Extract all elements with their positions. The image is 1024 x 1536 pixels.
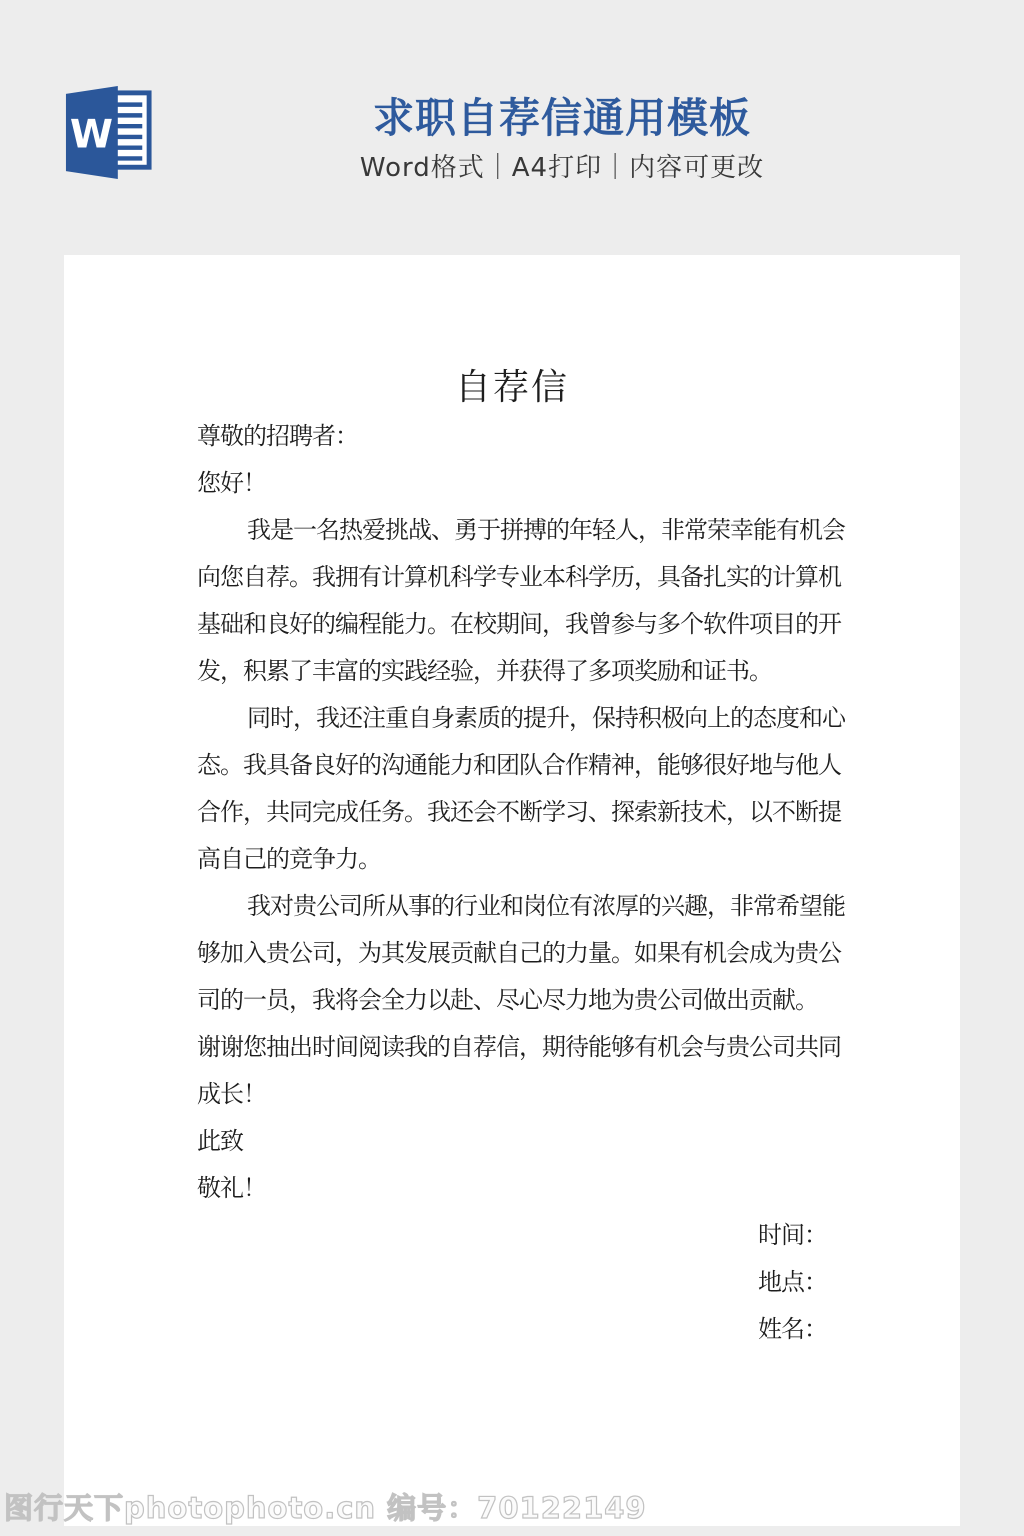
paragraph-1-line-2: 向您自荐。我拥有计算机科学专业本科学历，具备扎实的计算机 (197, 554, 827, 601)
paragraph-3-line-4: 谢谢您抽出时间阅读我的自荐信，期待能够有机会与贵公司共同 (197, 1024, 827, 1071)
paragraph-2-line-3: 合作，共同完成任务。我还会不断学习、探索新技术，以不断提 (197, 789, 827, 836)
signature-name-line: 姓名： (197, 1306, 827, 1353)
paragraph-3-line-5: 成长！ (197, 1071, 827, 1118)
template-title: 求职自荐信通用模板 (100, 93, 1024, 143)
preview-header: W 求职自荐信通用模板 Word格式｜A4打印｜内容可更改 (0, 0, 1024, 255)
document-page: 自荐信 尊敬的招聘者： 您好！ 我是一名热爱挑战、勇于拼搏的年轻人，非常荣幸能有… (64, 255, 960, 1526)
template-preview: W 求职自荐信通用模板 Word格式｜A4打印｜内容可更改 自荐信 尊敬的招聘者… (0, 0, 1024, 1536)
salutation-line: 尊敬的招聘者： (197, 413, 827, 460)
paragraph-1-line-3: 基础和良好的编程能力。在校期间，我曾参与多个软件项目的开 (197, 601, 827, 648)
paragraph-3-line-1: 我对贵公司所从事的行业和岗位有浓厚的兴趣，非常希望能 (197, 883, 827, 930)
header-text-block: 求职自荐信通用模板 Word格式｜A4打印｜内容可更改 (100, 0, 1024, 84)
paragraph-3-line-3: 司的一员，我将会全力以赴、尽心尽力地为贵公司做出贡献。 (197, 977, 827, 1024)
paragraph-2-line-4: 高自己的竞争力。 (197, 836, 827, 883)
paragraph-2-line-1: 同时，我还注重自身素质的提升，保持积极向上的态度和心 (197, 695, 827, 742)
greeting-line: 您好！ (197, 460, 827, 507)
paragraph-1-line-4: 发，积累了丰富的实践经验，并获得了多项奖励和证书。 (197, 648, 827, 695)
paragraph-3-line-2: 够加入贵公司，为其发展贡献自己的力量。如果有机会成为贵公 (197, 930, 827, 977)
paragraph-1-line-1: 我是一名热爱挑战、勇于拼搏的年轻人，非常荣幸能有机会 (197, 507, 827, 554)
signature-time-line: 时间： (197, 1212, 827, 1259)
letter-body: 尊敬的招聘者： 您好！ 我是一名热爱挑战、勇于拼搏的年轻人，非常荣幸能有机会 向… (197, 413, 827, 1353)
signature-place-line: 地点： (197, 1259, 827, 1306)
letter-title: 自荐信 (64, 361, 960, 415)
closing-salute-line: 敬礼！ (197, 1165, 827, 1212)
watermark-text: 图行天下photophoto.cn 编号：70122149 (4, 1489, 647, 1527)
template-subtitle: Word格式｜A4打印｜内容可更改 (100, 151, 1024, 185)
closing-respect-line: 此致 (197, 1118, 827, 1165)
paragraph-2-line-2: 态。我具备良好的沟通能力和团队合作精神，能够很好地与他人 (197, 742, 827, 789)
